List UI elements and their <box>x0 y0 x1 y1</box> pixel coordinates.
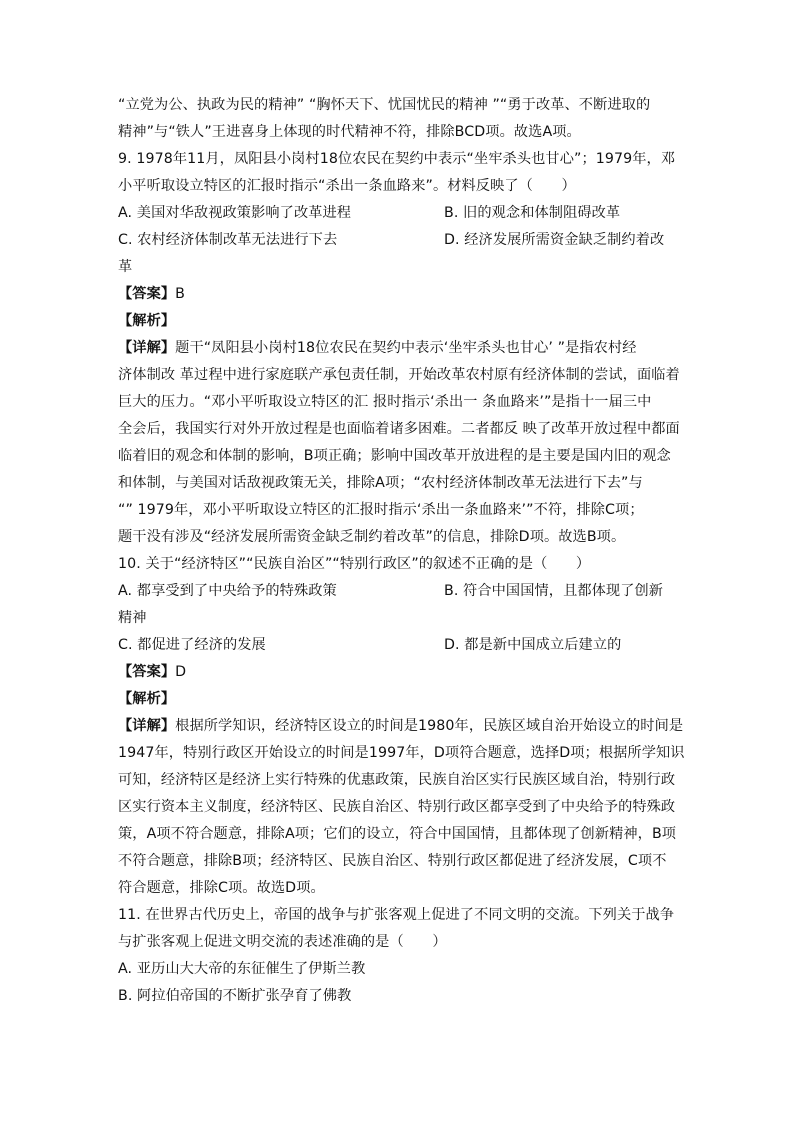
detail-line: 全会后，我国实行对外开放过程是也面临着诸多困难。二者都反 映了改革开放过程中都面 <box>118 416 678 443</box>
detail-line: 可知，经济特区是经济上实行特殊的优惠政策，民族自治区实行民族区域自治，特别行政 <box>118 767 678 794</box>
document-page: “立党为公、执政为民的精神” “胸怀天下、忧国忧民的精神 ”“勇于改革、不断进取… <box>118 92 678 1010</box>
detail-line: “” 1979年，邓小平听取设立特区的汇报时指示‘杀出一条血路来’”不符，排除C… <box>118 497 678 524</box>
detail-line: 题干没有涉及“经济发展所需资金缺乏制约着改革”的信息，排除D项。故选B项。 <box>118 524 678 551</box>
continuation-line: “立党为公、执政为民的精神” “胸怀天下、忧国忧民的精神 ”“勇于改革、不断进取… <box>118 92 678 119</box>
detail-line: 【详解】根据所学知识，经济特区设立的时间是1980年，民族区域自治开始设立的时间… <box>118 713 678 740</box>
detail-line: 符合题意，排除C项。故选D项。 <box>118 875 678 902</box>
question-11: 11. 在世界古代历史上，帝国的战争与扩张客观上促进了不同文明的交流。下列关于战… <box>118 902 678 1010</box>
option-a: A. 美国对华敌视政策影响了改革进程 <box>118 200 444 227</box>
answer-label: 【答案】 <box>118 664 175 680</box>
answer-value: B <box>175 286 185 302</box>
continuation-line: 精神”与“铁人”王进喜身上体现的时代精神不符，排除BCD项。故选A项。 <box>118 119 678 146</box>
analysis-label: 【解析】 <box>118 686 678 713</box>
detail-line: 和体制，与美国对话敌视政策无关，排除A项；“农村经济体制改革无法进行下去”与 <box>118 470 678 497</box>
option-d: D. 经济发展所需资金缺乏制约着改 <box>444 227 664 254</box>
answer-value: D <box>175 664 186 680</box>
detail-line: 策，A项不符合题意，排除A项；它们的设立，符合中国国情，且都体现了创新精神，B项 <box>118 821 678 848</box>
question-9: 9. 1978年11月，凤阳县小岗村18位农民在契约中表示“坐牢杀头也甘心”；1… <box>118 146 678 551</box>
analysis-label: 【解析】 <box>118 308 678 335</box>
option-b-wrap: 精神 <box>118 605 678 632</box>
detail-line: 区实行资本主义制度，经济特区、民族自治区、特别行政区都享受到了中央给予的特殊政 <box>118 794 678 821</box>
detail-text: 题干“凤阳县小岗村18位农民在契约中表示‘坐牢杀头也甘心’ ”是指农村经 <box>175 340 636 356</box>
detail-label: 【详解】 <box>118 340 175 356</box>
detail-label: 【详解】 <box>118 718 175 734</box>
detail-line: 【详解】题干“凤阳县小岗村18位农民在契约中表示‘坐牢杀头也甘心’ ”是指农村经 <box>118 335 678 362</box>
answer-label: 【答案】 <box>118 286 175 302</box>
option-b: B. 阿拉伯帝国的不断扩张孕育了佛教 <box>118 983 678 1010</box>
question-stem: 9. 1978年11月，凤阳县小岗村18位农民在契约中表示“坐牢杀头也甘心”；1… <box>118 146 678 173</box>
question-10: 10. 关于“经济特区”“民族自治区”“特别行政区”的叙述不正确的是（ ） A.… <box>118 551 678 902</box>
detail-line: 巨大的压力。“邓小平听取设立特区的汇 报时指示‘杀出一 条血路来’”是指十一届三… <box>118 389 678 416</box>
answer-line: 【答案】B <box>118 281 678 308</box>
option-b: B. 旧的观念和体制阻碍改革 <box>444 200 620 227</box>
option-c: C. 都促进了经济的发展 <box>118 632 444 659</box>
options-row: C. 农村经济体制改革无法进行下去 D. 经济发展所需资金缺乏制约着改 <box>118 227 678 254</box>
detail-line: 1947年，特别行政区开始设立的时间是1997年，D项符合题意，选择D项；根据所… <box>118 740 678 767</box>
options-row: A. 都享受到了中央给予的特殊政策 B. 符合中国国情，且都体现了创新 <box>118 578 678 605</box>
option-a: A. 亚历山大大帝的东征催生了伊斯兰教 <box>118 956 678 983</box>
detail-line: 临着旧的观念和体制的影响，B项正确；影响中国改革开放进程的是主要是国内旧的观念 <box>118 443 678 470</box>
detail-text: 根据所学知识，经济特区设立的时间是1980年，民族区域自治开始设立的时间是 <box>175 718 683 734</box>
answer-line: 【答案】D <box>118 659 678 686</box>
option-d: D. 都是新中国成立后建立的 <box>444 632 621 659</box>
option-b: B. 符合中国国情，且都体现了创新 <box>444 578 663 605</box>
question-stem: 10. 关于“经济特区”“民族自治区”“特别行政区”的叙述不正确的是（ ） <box>118 551 678 578</box>
option-d-wrap: 革 <box>118 254 678 281</box>
question-stem: 与扩张客观上促进文明交流的表述准确的是（ ） <box>118 929 678 956</box>
detail-line: 不符合题意，排除B项；经济特区、民族自治区、特别行政区都促进了经济发展，C项不 <box>118 848 678 875</box>
question-stem: 11. 在世界古代历史上，帝国的战争与扩张客观上促进了不同文明的交流。下列关于战… <box>118 902 678 929</box>
question-stem: 小平听取设立特区的汇报时指示“杀出一条血路来”。材料反映了（ ） <box>118 173 678 200</box>
detail-line: 济体制改 革过程中进行家庭联产承包责任制，开始改革农村原有经济体制的尝试，面临着 <box>118 362 678 389</box>
option-a: A. 都享受到了中央给予的特殊政策 <box>118 578 444 605</box>
option-c: C. 农村经济体制改革无法进行下去 <box>118 227 444 254</box>
options-row: A. 美国对华敌视政策影响了改革进程 B. 旧的观念和体制阻碍改革 <box>118 200 678 227</box>
options-row: C. 都促进了经济的发展 D. 都是新中国成立后建立的 <box>118 632 678 659</box>
